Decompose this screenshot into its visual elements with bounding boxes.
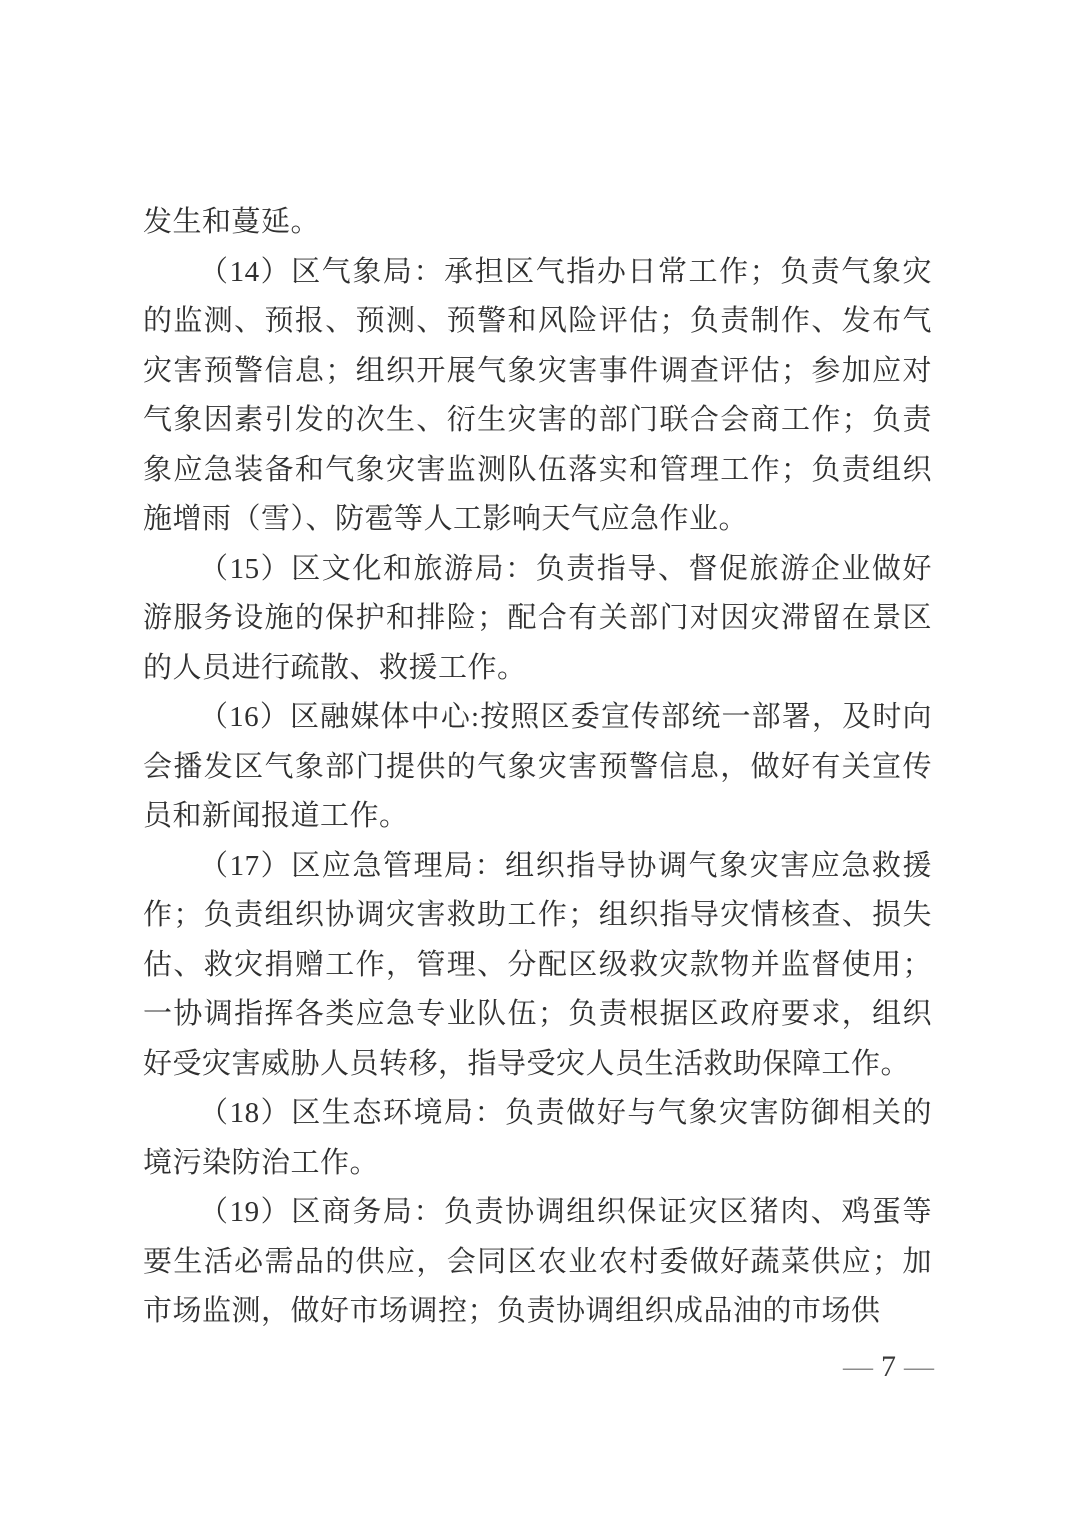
paragraph-line: 象应急装备和气象灾害监测队伍落实和管理工作；负责组织实: [143, 446, 932, 496]
page-footer: —7—: [843, 1347, 934, 1387]
paragraph-line: 发生和蔓延。: [143, 198, 932, 248]
paragraph-line: （18）区生态环境局：负责做好与气象灾害防御相关的环: [143, 1089, 932, 1139]
paragraph-line: （19）区商务局：负责协调组织保证灾区猪肉、鸡蛋等重: [143, 1188, 932, 1238]
paragraph-line: 的人员进行疏散、救援工作。: [143, 644, 932, 694]
footer-dash-left: —: [843, 1350, 873, 1383]
paragraph-line: 气象因素引发的次生、衍生灾害的部门联合会商工作；负责气: [143, 396, 932, 446]
paragraph: （18）区生态环境局：负责做好与气象灾害防御相关的环境污染防治工作。: [143, 1089, 932, 1188]
paragraph: （19）区商务局：负责协调组织保证灾区猪肉、鸡蛋等重要生活必需品的供应，会同区农…: [143, 1188, 932, 1337]
paragraph-line: 好受灾害威胁人员转移，指导受灾人员生活救助保障工作。: [143, 1040, 932, 1090]
paragraph-line: 的监测、预报、预测、预警和风险评估；负责制作、发布气象: [143, 297, 932, 347]
paragraph: （15）区文化和旅游局：负责指导、督促旅游企业做好旅游服务设施的保护和排险；配合…: [143, 545, 932, 694]
paragraph-line: 要生活必需品的供应，会同区农业农村委做好蔬菜供应；加强: [143, 1238, 932, 1288]
document-page: 发生和蔓延。（14）区气象局：承担区气指办日常工作；负责气象灾害的监测、预报、预…: [0, 0, 1074, 1520]
page-number: 7: [881, 1350, 896, 1383]
paragraph-line: 灾害预警信息；组织开展气象灾害事件调查评估；参加应对因: [143, 347, 932, 397]
paragraph-line: （15）区文化和旅游局：负责指导、督促旅游企业做好旅: [143, 545, 932, 595]
paragraph-line: 境污染防治工作。: [143, 1139, 932, 1189]
paragraph: 发生和蔓延。: [143, 198, 932, 248]
paragraph-line: 施增雨（雪）、防雹等人工影响天气应急作业。: [143, 495, 932, 545]
paragraph-line: 一协调指挥各类应急专业队伍；负责根据区政府要求，组织做: [143, 990, 932, 1040]
paragraph-line: （16）区融媒体中心:按照区委宣传部统一部署，及时向社: [143, 693, 932, 743]
paragraph-line: 作；负责组织协调灾害救助工作；组织指导灾情核查、损失评: [143, 891, 932, 941]
paragraph: （16）区融媒体中心:按照区委宣传部统一部署，及时向社会播发区气象部门提供的气象…: [143, 693, 932, 842]
paragraph-line: （14）区气象局：承担区气指办日常工作；负责气象灾害: [143, 248, 932, 298]
footer-dash-right: —: [904, 1350, 934, 1383]
paragraph-line: 估、救灾捐赠工作，管理、分配区级救灾款物并监督使用；统: [143, 941, 932, 991]
paragraph-line: 市场监测，做好市场调控；负责协调组织成品油的市场供应。: [143, 1287, 932, 1337]
paragraph-line: 员和新闻报道工作。: [143, 792, 932, 842]
paragraph: （14）区气象局：承担区气指办日常工作；负责气象灾害的监测、预报、预测、预警和风…: [143, 248, 932, 545]
paragraph-line: 会播发区气象部门提供的气象灾害预警信息，做好有关宣传动: [143, 743, 932, 793]
paragraph: （17）区应急管理局：组织指导协调气象灾害应急救援工作；负责组织协调灾害救助工作…: [143, 842, 932, 1090]
paragraph-line: （17）区应急管理局：组织指导协调气象灾害应急救援工: [143, 842, 932, 892]
document-body: 发生和蔓延。（14）区气象局：承担区气指办日常工作；负责气象灾害的监测、预报、预…: [143, 198, 932, 1337]
paragraph-line: 游服务设施的保护和排险；配合有关部门对因灾滞留在景区内: [143, 594, 932, 644]
